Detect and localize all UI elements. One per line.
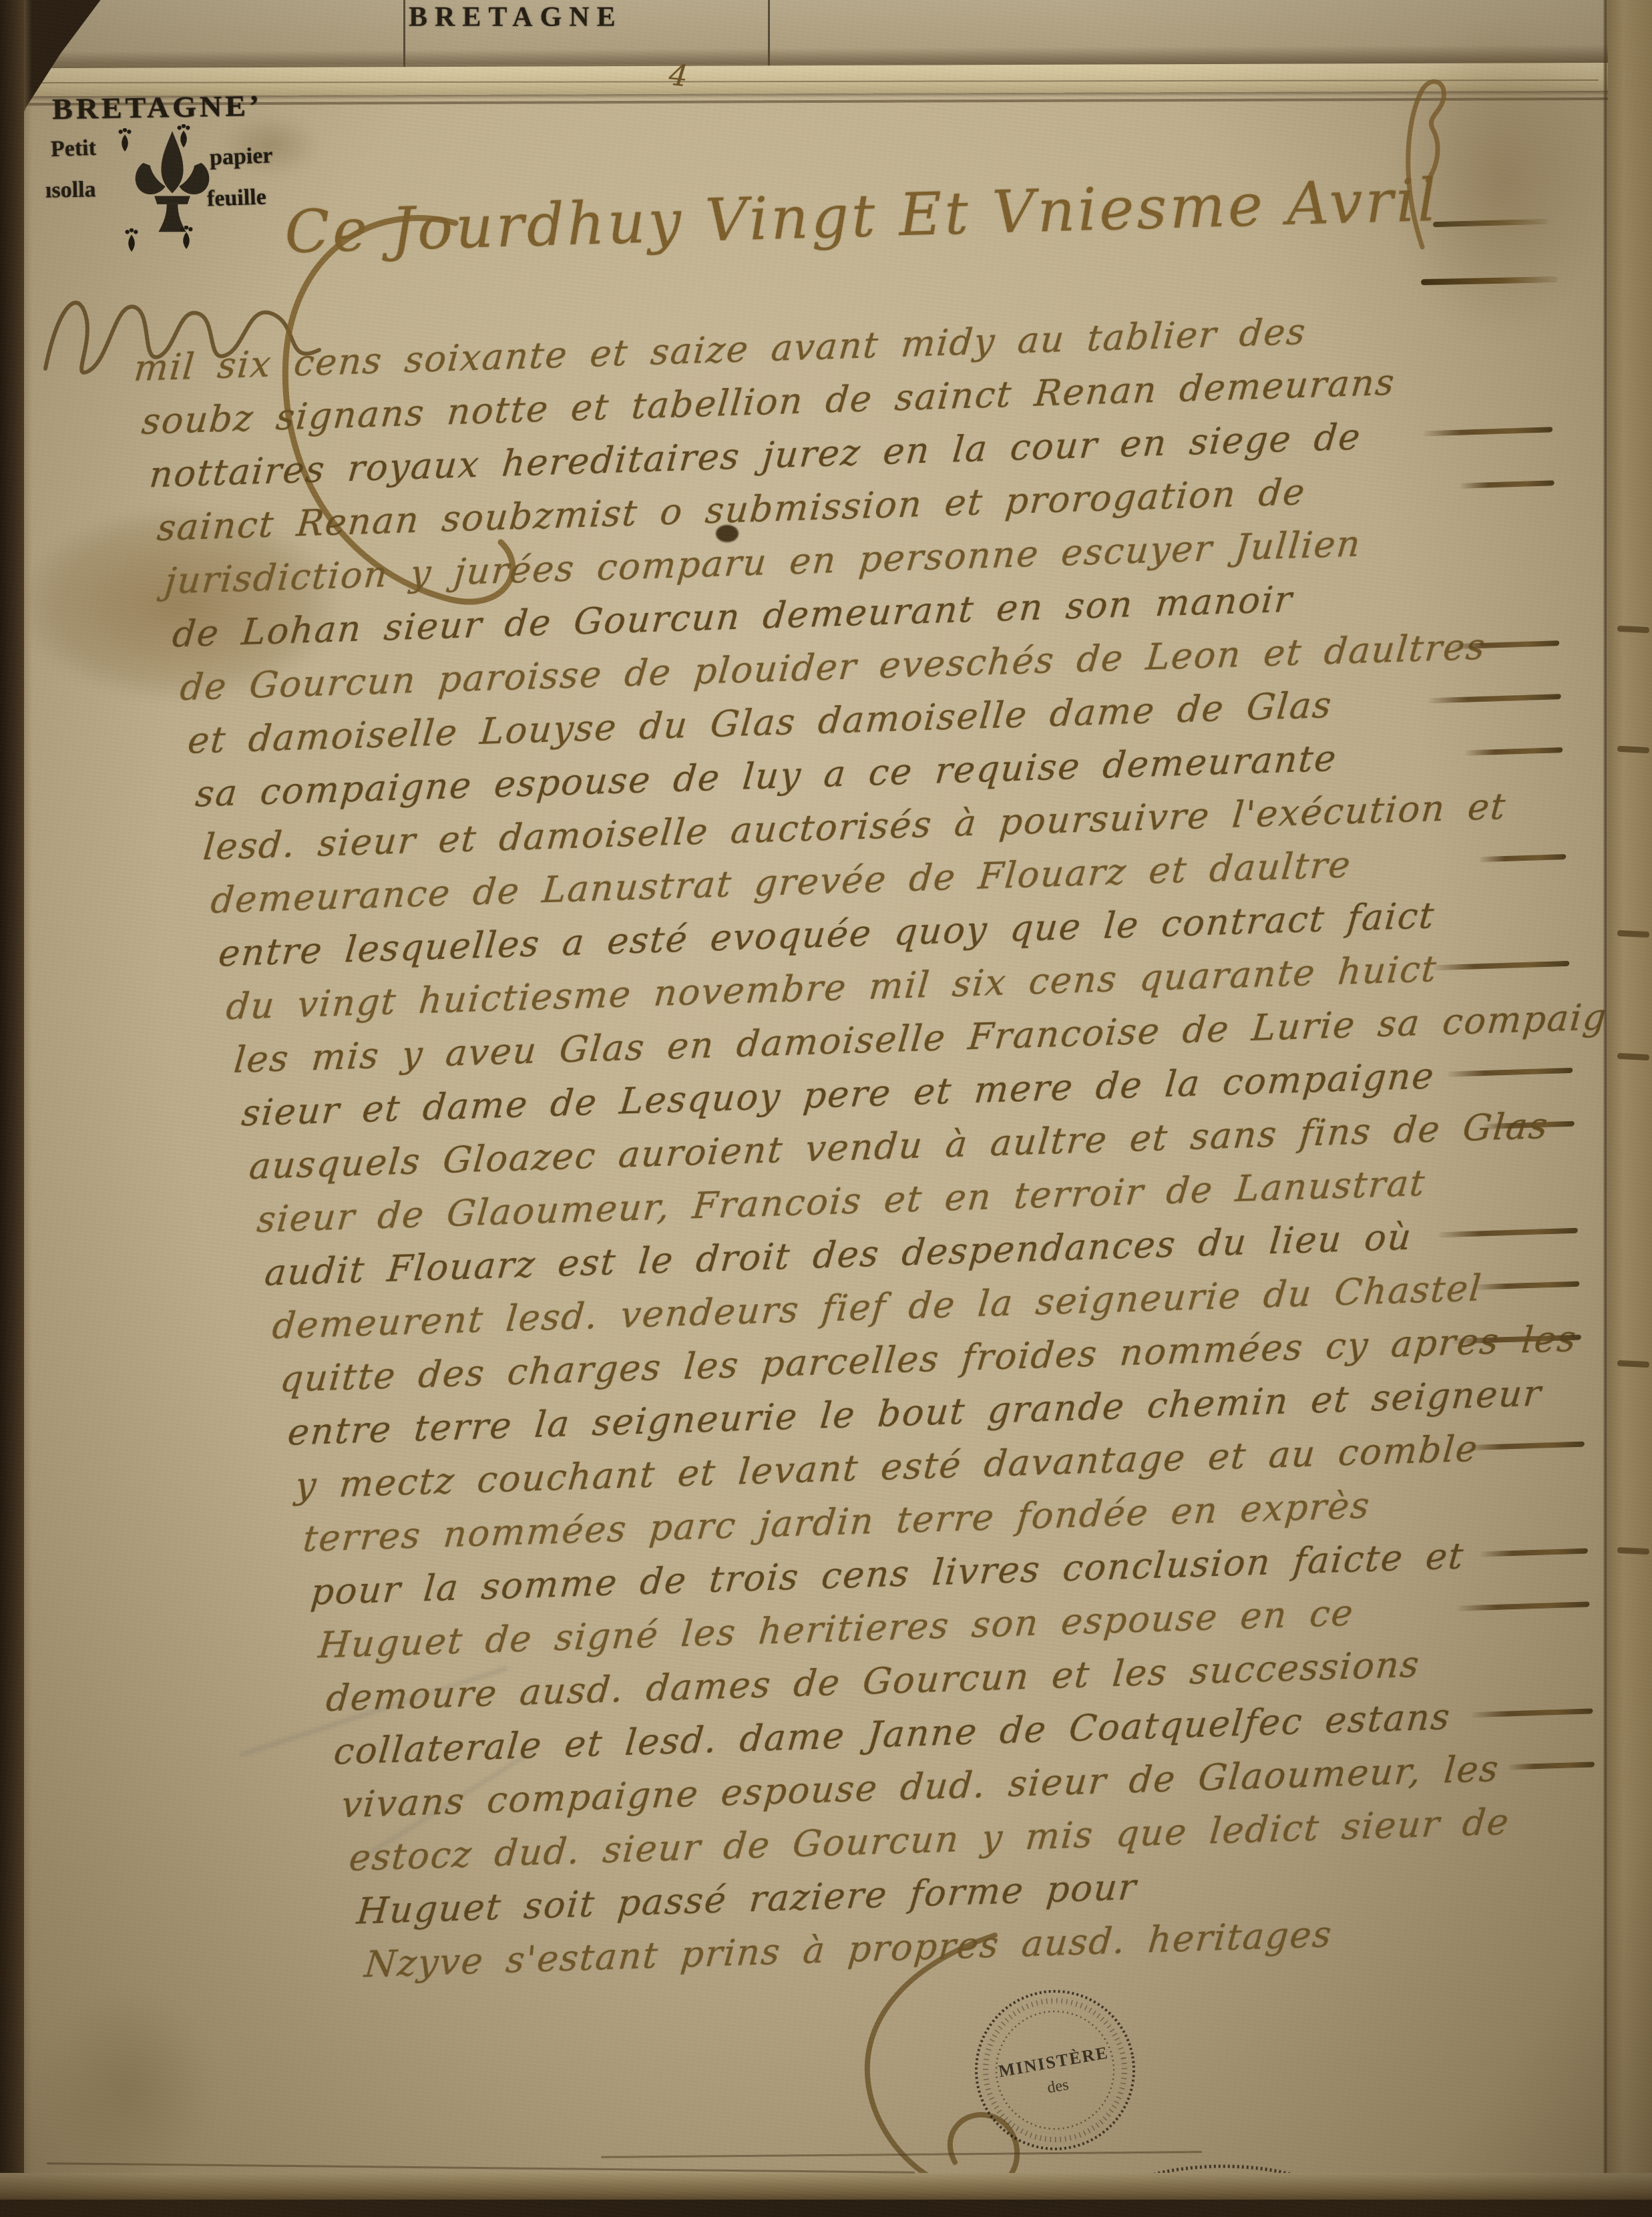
ermine-spot-icon (123, 228, 140, 252)
line-filler-dash (1460, 480, 1555, 488)
tax-stamp-word-papier: papier (209, 143, 273, 170)
line-filler-dash (1465, 747, 1563, 756)
edge-ink-mark (1617, 626, 1649, 633)
page-edge-left (0, 0, 24, 2217)
tax-stamp-title: BRETAGNE’ (52, 88, 263, 126)
line-filler-dash (1480, 1548, 1589, 1557)
page-crease-right (1603, 0, 1608, 2217)
line-filler-dash (1447, 1068, 1573, 1077)
edge-ink-mark (1617, 1053, 1649, 1060)
tax-stamp: BRETAGNE’ Petit papier ısolla feuille (45, 85, 313, 292)
line-filler-dash (1479, 854, 1567, 862)
line-filler-dash (1466, 1442, 1585, 1451)
line-filler-dash (1428, 694, 1561, 703)
edge-ink-mark (1617, 1360, 1649, 1368)
edge-ink-mark (1617, 746, 1649, 753)
ermine-spot-icon (116, 128, 134, 152)
edge-ink-mark (1617, 930, 1649, 938)
line-filler-dash (1508, 1762, 1595, 1770)
ink-blot (716, 525, 739, 542)
document-photo: BRETAGNE 4 BRETAGNE’ Petit papier ısolla… (0, 0, 1652, 2217)
tax-stamp-word-feuille: feuille (206, 184, 266, 212)
ermine-spot-icon (178, 226, 195, 250)
manuscript-body: mil six cens soixante et saize avant mid… (134, 300, 1652, 2056)
underpage-strip (1608, 0, 1652, 2217)
upper-sheet-letterpress: BRETAGNE (409, 1, 783, 40)
line-filler-dash (1438, 1228, 1579, 1238)
archive-stamp-text-line1: MINISTÈRE (997, 2043, 1110, 2081)
line-filler-dash (1423, 427, 1553, 436)
fleur-de-lis-icon (131, 127, 214, 244)
line-filler-dash (1457, 1601, 1590, 1611)
archive-stamp: MINISTÈRE des (956, 1971, 1155, 2170)
tax-stamp-word-petit: Petit (50, 136, 96, 162)
edge-ink-mark (1617, 1547, 1649, 1555)
page-number: 4 (667, 58, 689, 94)
line-filler-dash (1433, 961, 1570, 970)
page-crease-left (24, 0, 32, 2217)
page-edge-bottom (0, 2200, 1652, 2217)
ermine-spot-icon (175, 124, 192, 148)
tax-stamp-word-solla: ısolla (45, 177, 96, 203)
line-filler-dash (1475, 1281, 1580, 1290)
archive-stamp-text-line2: des (1046, 2076, 1070, 2097)
line-filler-dash (1471, 1708, 1593, 1718)
page-bottom-fold (0, 2173, 1652, 2200)
